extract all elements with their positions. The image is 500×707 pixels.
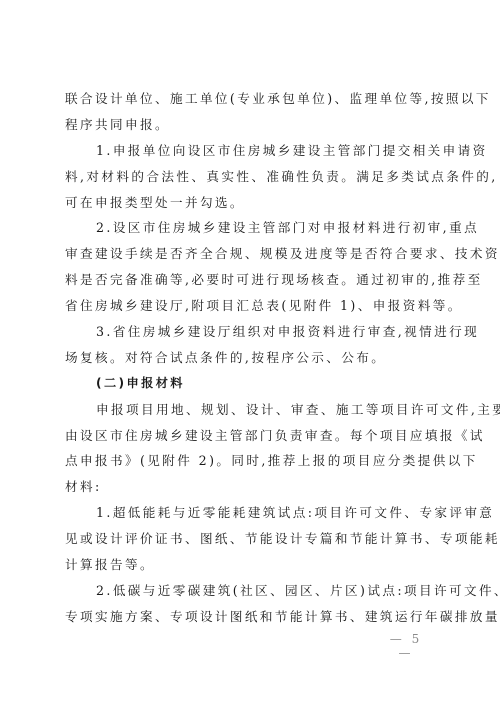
- paragraph-line: 点申报书》(见附件 2)。同时,推荐上报的项目应分类提供以下: [65, 448, 434, 474]
- paragraph-line: 2.设区市住房城乡建设主管部门对申报材料进行初审,重点: [65, 215, 434, 241]
- paragraph-line: 省住房城乡建设厅,附项目汇总表(见附件 1)、申报资料等。: [65, 293, 434, 319]
- paragraph-line: 1.超低能耗与近零能耗建筑试点:项目许可文件、专家评审意: [65, 500, 434, 526]
- paragraph-line: 计算报告等。: [65, 552, 434, 578]
- paragraph-line: 专项实施方案、专项设计图纸和节能计算书、建筑运行年碳排放量: [65, 604, 434, 630]
- paragraph-line: 可在申报类型处一并勾选。: [65, 190, 434, 216]
- paragraph-line: 联合设计单位、施工单位(专业承包单位)、监理单位等,按照以下: [65, 86, 434, 112]
- page-number: — 5 —: [380, 632, 432, 660]
- paragraph-line: 1.申报单位向设区市住房城乡建设主管部门提交相关申请资: [65, 138, 434, 164]
- paragraph-line: 场复核。对符合试点条件的,按程序公示、公布。: [65, 345, 434, 371]
- paragraph-line: 审查建设手续是否齐全合规、规模及进度等是否符合要求、技术资: [65, 241, 434, 267]
- document-body: 联合设计单位、施工单位(专业承包单位)、监理单位等,按照以下 程序共同申报。 1…: [65, 86, 434, 630]
- paragraph-line: 3.省住房城乡建设厅组织对申报资料进行审查,视情进行现: [65, 319, 434, 345]
- paragraph-line: 申报项目用地、规划、设计、审查、施工等项目许可文件,主要: [65, 397, 434, 423]
- paragraph-line: 材料:: [65, 474, 434, 500]
- paragraph-line: 2.低碳与近零碳建筑(社区、园区、片区)试点:项目许可文件、: [65, 578, 434, 604]
- paragraph-line: 见或设计评价证书、图纸、节能设计专篇和节能计算书、专项能耗: [65, 526, 434, 552]
- paragraph-line: 料是否完备准确等,必要时可进行现场核查。通过初审的,推荐至: [65, 267, 434, 293]
- paragraph-line: 料,对材料的合法性、真实性、准确性负责。满足多类试点条件的,: [65, 164, 434, 190]
- paragraph-line: 程序共同申报。: [65, 112, 434, 138]
- paragraph-line: 由设区市住房城乡建设主管部门负责审查。每个项目应填报《试: [65, 423, 434, 449]
- section-heading: (二)申报材料: [65, 371, 434, 397]
